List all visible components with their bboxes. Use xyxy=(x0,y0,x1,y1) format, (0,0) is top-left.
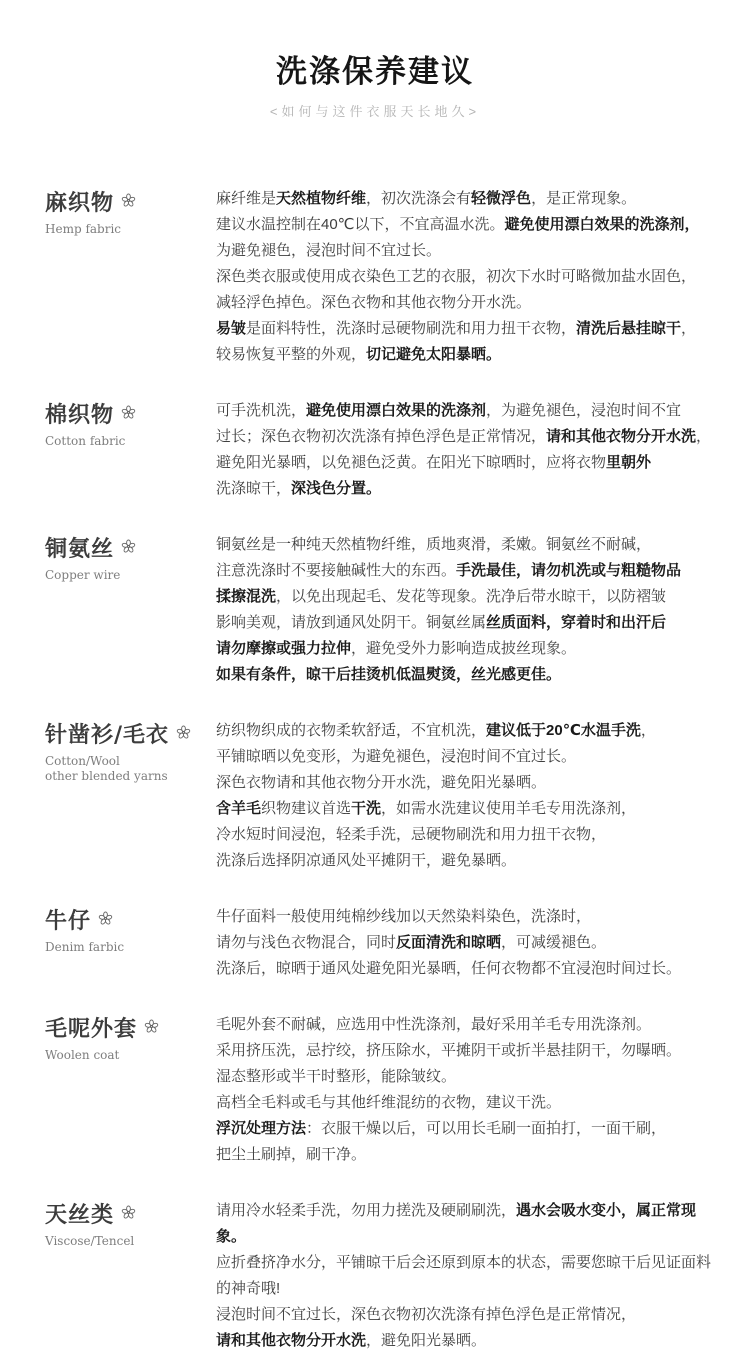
section-title: 针凿衫/毛衣 xyxy=(45,718,169,749)
text-line: 深色衣物请和其他衣物分开水洗，避免阳光暴晒。 xyxy=(216,770,722,796)
text-line: 注意洗涤时不要接触碱性大的东西。手洗最佳，请勿机洗或与粗糙物品 xyxy=(216,558,722,584)
text-line: 毛呢外套不耐碱，应选用中性洗涤剂，最好采用羊毛专用洗涤剂。 xyxy=(216,1012,722,1038)
section-subtitle-line: Viscose/Tencel xyxy=(45,1234,172,1249)
bold-text: 轻微浮色 xyxy=(471,190,531,207)
care-section: 毛呢外套Woolen coat毛呢外套不耐碱，应选用中性洗涤剂，最好采用羊毛专用… xyxy=(0,1012,750,1168)
care-sections: 麻织物Hemp fabric麻纤维是天然植物纤维，初次洗涤会有轻微浮色，是正常现… xyxy=(0,186,750,1354)
text-line: 深色类衣服或使用成衣染色工艺的衣服，初次下水时可略微加盐水固色， xyxy=(216,264,722,290)
text-line: 铜氨丝是一种纯天然植物纤维，质地爽滑，柔嫩。铜氨丝不耐碱， xyxy=(216,532,722,558)
section-title: 铜氨丝 xyxy=(45,532,114,563)
bold-text: 丝质面料，穿着时和出汗后 xyxy=(486,614,666,631)
text: 减轻浮色掉色。深色衣物和其他衣物分开水洗。 xyxy=(216,294,531,311)
section-heading: 棉织物Cotton fabric xyxy=(0,398,172,502)
text: 纺织物织成的衣物柔软舒适，不宜机洗， xyxy=(216,722,486,739)
section-subtitle: Cotton fabric xyxy=(45,434,172,449)
flower-icon xyxy=(121,193,136,213)
section-title: 天丝类 xyxy=(45,1198,114,1229)
bold-text: 请勿摩擦或强力拉伸 xyxy=(216,640,351,657)
section-title-row: 牛仔 xyxy=(45,904,172,935)
text-line: 洗涤后选择阴凉通风处平摊阴干，避免暴晒。 xyxy=(216,848,722,874)
section-heading: 毛呢外套Woolen coat xyxy=(0,1012,172,1168)
text-line: 纺织物织成的衣物柔软舒适，不宜机洗，建议低于20℃水温手洗， xyxy=(216,718,722,744)
bold-text: 请和其他衣物分开水洗 xyxy=(546,428,696,445)
text-line: 避免阳光暴晒，以免褪色泛黄。在阳光下晾晒时，应将衣物里朝外 xyxy=(216,450,722,476)
page-title: 洗涤保养建议 xyxy=(0,46,750,91)
care-section: 铜氨丝Copper wire铜氨丝是一种纯天然植物纤维，质地爽滑，柔嫩。铜氨丝不… xyxy=(0,532,750,688)
bold-text: 天然植物纤维 xyxy=(276,190,366,207)
text: ，为避免褪色，浸泡时间不宜 xyxy=(486,402,681,419)
bold-text: 浮沉处理方法 xyxy=(216,1120,306,1137)
text: 把尘土刷掉，刷干净。 xyxy=(216,1146,366,1163)
flower-icon xyxy=(121,1205,136,1225)
text-line: 的神奇哦! xyxy=(216,1276,722,1302)
text: ， xyxy=(696,428,711,445)
text: 高档全毛料或毛与其他纤维混纺的衣物，建议干洗。 xyxy=(216,1094,561,1111)
care-section: 针凿衫/毛衣Cotton/Woolother blended yarns纺织物织… xyxy=(0,718,750,874)
text: 冷水短时间浸泡，轻柔手洗，忌硬物刷洗和用力扭干衣物， xyxy=(216,826,606,843)
text-line: 采用挤压洗，忌拧绞，挤压除水，平摊阴干或折半悬挂阴干，勿曝晒。 xyxy=(216,1038,722,1064)
text: 避免阳光暴晒，以免褪色泛黄。在阳光下晾晒时，应将衣物 xyxy=(216,454,606,471)
bold-text: 易皱 xyxy=(216,320,246,337)
text-line: 冷水短时间浸泡，轻柔手洗，忌硬物刷洗和用力扭干衣物， xyxy=(216,822,722,848)
text-line: 牛仔面料一般使用纯棉纱线加以天然染料染色，洗涤时， xyxy=(216,904,722,930)
section-title-row: 麻织物 xyxy=(45,186,172,217)
text: ，避免受外力影响造成披丝现象。 xyxy=(351,640,576,657)
section-subtitle-line: Copper wire xyxy=(45,568,172,583)
section-body: 铜氨丝是一种纯天然植物纤维，质地爽滑，柔嫩。铜氨丝不耐碱，注意洗涤时不要接触碱性… xyxy=(172,532,750,688)
section-heading: 麻织物Hemp fabric xyxy=(0,186,172,368)
text: 采用挤压洗，忌拧绞，挤压除水，平摊阴干或折半悬挂阴干，勿曝晒。 xyxy=(216,1042,681,1059)
section-title-row: 棉织物 xyxy=(45,398,172,429)
text: 毛呢外套不耐碱，应选用中性洗涤剂，最好采用羊毛专用洗涤剂。 xyxy=(216,1016,651,1033)
text-line: 洗涤晾干，深浅色分置。 xyxy=(216,476,722,502)
text: ， xyxy=(681,320,696,337)
text-line: 应折叠挤净水分，平铺晾干后会还原到原本的状态，需要您晾干后见证面料 xyxy=(216,1250,722,1276)
section-title-row: 铜氨丝 xyxy=(45,532,172,563)
text-line: 平铺晾晒以免变形，为避免褪色，浸泡时间不宜过长。 xyxy=(216,744,722,770)
section-title-row: 针凿衫/毛衣 xyxy=(45,718,172,749)
section-subtitle: Hemp fabric xyxy=(45,222,172,237)
bold-text: 避免使用漂白效果的洗涤剂， xyxy=(505,216,700,233)
text-line: 易皱是面料特性，洗涤时忌硬物刷洗和用力扭干衣物，清洗后悬挂晾干， xyxy=(216,316,722,342)
section-subtitle-line: Hemp fabric xyxy=(45,222,172,237)
bold-text: 含羊毛 xyxy=(216,800,261,817)
text: 影响美观，请放到通风处阴干。铜氨丝属 xyxy=(216,614,486,631)
section-heading: 天丝类Viscose/Tencel xyxy=(0,1198,172,1354)
care-section: 牛仔Denim farbic牛仔面料一般使用纯棉纱线加以天然染料染色，洗涤时，请… xyxy=(0,904,750,982)
text: ，避免阳光暴晒。 xyxy=(366,1332,486,1349)
care-section: 棉织物Cotton fabric可手洗机洗，避免使用漂白效果的洗涤剂，为避免褪色… xyxy=(0,398,750,502)
text-line: 揉擦混洗，以免出现起毛、发花等现象。洗净后带水晾干，以防褶皱 xyxy=(216,584,722,610)
flower-icon xyxy=(121,405,136,425)
text-line: 浮沉处理方法：衣服干燥以后，可以用长毛刷一面拍打，一面干刷， xyxy=(216,1116,722,1142)
text: 是面料特性，洗涤时忌硬物刷洗和用力扭干衣物， xyxy=(246,320,576,337)
text: ， xyxy=(641,722,656,739)
bold-text: 建议低于20℃水温手洗 xyxy=(486,722,641,739)
section-subtitle: Denim farbic xyxy=(45,940,172,955)
section-heading: 针凿衫/毛衣Cotton/Woolother blended yarns xyxy=(0,718,172,874)
section-body: 可手洗机洗，避免使用漂白效果的洗涤剂，为避免褪色，浸泡时间不宜过长；深色衣物初次… xyxy=(172,398,750,502)
text: 深色类衣服或使用成衣染色工艺的衣服，初次下水时可略微加盐水固色， xyxy=(216,268,696,285)
section-body: 牛仔面料一般使用纯棉纱线加以天然染料染色，洗涤时，请勿与浅色衣物混合，同时反面清… xyxy=(172,904,750,982)
text: ：衣服干燥以后，可以用长毛刷一面拍打，一面干刷， xyxy=(306,1120,666,1137)
text-line: 影响美观，请放到通风处阴干。铜氨丝属丝质面料，穿着时和出汗后 xyxy=(216,610,722,636)
text: 深色衣物请和其他衣物分开水洗，避免阳光暴晒。 xyxy=(216,774,546,791)
section-title-row: 毛呢外套 xyxy=(45,1012,172,1043)
section-subtitle: Copper wire xyxy=(45,568,172,583)
flower-icon xyxy=(121,539,136,559)
page-subtitle: <如何与这件衣服天长地久> xyxy=(0,101,750,120)
text: ，以免出现起毛、发花等现象。洗净后带水晾干，以防褶皱 xyxy=(276,588,666,605)
care-section: 天丝类Viscose/Tencel请用冷水轻柔手洗，勿用力搓洗及硬刷刷洗，遇水会… xyxy=(0,1198,750,1354)
section-subtitle-line: Denim farbic xyxy=(45,940,172,955)
text-line: 可手洗机洗，避免使用漂白效果的洗涤剂，为避免褪色，浸泡时间不宜 xyxy=(216,398,722,424)
section-body: 纺织物织成的衣物柔软舒适，不宜机洗，建议低于20℃水温手洗，平铺晾晒以免变形，为… xyxy=(172,718,750,874)
section-title: 牛仔 xyxy=(45,904,91,935)
section-title-row: 天丝类 xyxy=(45,1198,172,1229)
page-header: 洗涤保养建议 <如何与这件衣服天长地久> xyxy=(0,46,750,120)
section-subtitle-line: Woolen coat xyxy=(45,1048,172,1063)
bold-text: 里朝外 xyxy=(606,454,651,471)
section-subtitle-line: other blended yarns xyxy=(45,769,172,784)
flower-icon xyxy=(144,1019,159,1039)
section-body: 毛呢外套不耐碱，应选用中性洗涤剂，最好采用羊毛专用洗涤剂。采用挤压洗，忌拧绞，挤… xyxy=(172,1012,750,1168)
text: 请用冷水轻柔手洗，勿用力搓洗及硬刷刷洗， xyxy=(216,1202,516,1219)
bold-text: 手洗最佳，请勿机洗或与粗糙物品 xyxy=(456,562,681,579)
text: 过长；深色衣物初次洗涤有掉色浮色是正常情况， xyxy=(216,428,546,445)
section-body: 麻纤维是天然植物纤维，初次洗涤会有轻微浮色，是正常现象。建议水温控制在40℃以下… xyxy=(172,186,750,368)
text: ，可减缓褪色。 xyxy=(501,934,606,951)
text: 织物建议首选 xyxy=(261,800,351,817)
section-title: 毛呢外套 xyxy=(45,1012,137,1043)
text: 应折叠挤净水分，平铺晾干后会还原到原本的状态，需要您晾干后见证面料 xyxy=(216,1254,711,1271)
text: 可手洗机洗， xyxy=(216,402,306,419)
text-line: 较易恢复平整的外观，切记避免太阳暴晒。 xyxy=(216,342,722,368)
text: 牛仔面料一般使用纯棉纱线加以天然染料染色，洗涤时， xyxy=(216,908,591,925)
bold-text: 切记避免太阳暴晒。 xyxy=(366,346,501,363)
section-subtitle: Woolen coat xyxy=(45,1048,172,1063)
text-line: 为避免褪色，浸泡时间不宜过长。 xyxy=(216,238,722,264)
section-subtitle: Cotton/Woolother blended yarns xyxy=(45,754,172,784)
text: ，如需水洗建议使用羊毛专用洗涤剂， xyxy=(381,800,636,817)
bold-text: 揉擦混洗 xyxy=(216,588,276,605)
text: 浸泡时间不宜过长，深色衣物初次洗涤有掉色浮色是正常情况， xyxy=(216,1306,636,1323)
text-line: 麻纤维是天然植物纤维，初次洗涤会有轻微浮色，是正常现象。 xyxy=(216,186,722,212)
section-title: 麻织物 xyxy=(45,186,114,217)
text-line: 浸泡时间不宜过长，深色衣物初次洗涤有掉色浮色是正常情况， xyxy=(216,1302,722,1328)
bold-text: 避免使用漂白效果的洗涤剂 xyxy=(306,402,486,419)
text: 平铺晾晒以免变形，为避免褪色，浸泡时间不宜过长。 xyxy=(216,748,576,765)
bold-text: 如果有条件，晾干后挂烫机低温熨烫，丝光感更佳。 xyxy=(216,666,561,683)
care-guide-page: 洗涤保养建议 <如何与这件衣服天长地久> 麻织物Hemp fabric麻纤维是天… xyxy=(0,0,750,1359)
text: 湿态整形或半干时整形，能除皱纹。 xyxy=(216,1068,456,1085)
text-line: 把尘土刷掉，刷干净。 xyxy=(216,1142,722,1168)
text-line: 如果有条件，晾干后挂烫机低温熨烫，丝光感更佳。 xyxy=(216,662,722,688)
bold-text: 请和其他衣物分开水洗 xyxy=(216,1332,366,1349)
text-line: 湿态整形或半干时整形，能除皱纹。 xyxy=(216,1064,722,1090)
section-heading: 铜氨丝Copper wire xyxy=(0,532,172,688)
text: ，初次洗涤会有 xyxy=(366,190,471,207)
section-subtitle: Viscose/Tencel xyxy=(45,1234,172,1249)
flower-icon xyxy=(98,911,113,931)
text-line: 请勿摩擦或强力拉伸，避免受外力影响造成披丝现象。 xyxy=(216,636,722,662)
section-body: 请用冷水轻柔手洗，勿用力搓洗及硬刷刷洗，遇水会吸水变小，属正常现象。应折叠挤净水… xyxy=(172,1198,750,1354)
text: 的神奇哦! xyxy=(216,1280,280,1297)
bold-text: 干洗 xyxy=(351,800,381,817)
text-line: 过长；深色衣物初次洗涤有掉色浮色是正常情况，请和其他衣物分开水洗， xyxy=(216,424,722,450)
bold-text: 深浅色分置。 xyxy=(291,480,381,497)
text: 铜氨丝是一种纯天然植物纤维，质地爽滑，柔嫩。铜氨丝不耐碱， xyxy=(216,536,651,553)
text-line: 高档全毛料或毛与其他纤维混纺的衣物，建议干洗。 xyxy=(216,1090,722,1116)
text-line: 建议水温控制在40℃以下，不宜高温水洗。避免使用漂白效果的洗涤剂， xyxy=(216,212,722,238)
text: 为避免褪色，浸泡时间不宜过长。 xyxy=(216,242,441,259)
text: 洗涤后，晾晒于通风处避免阳光暴晒，任何衣物都不宜浸泡时间过长。 xyxy=(216,960,681,977)
text-line: 洗涤后，晾晒于通风处避免阳光暴晒，任何衣物都不宜浸泡时间过长。 xyxy=(216,956,722,982)
text: 洗涤晾干， xyxy=(216,480,291,497)
text-line: 请和其他衣物分开水洗，避免阳光暴晒。 xyxy=(216,1328,722,1354)
text: 请勿与浅色衣物混合，同时 xyxy=(216,934,396,951)
text: ，是正常现象。 xyxy=(531,190,636,207)
section-subtitle-line: Cotton fabric xyxy=(45,434,172,449)
text-line: 减轻浮色掉色。深色衣物和其他衣物分开水洗。 xyxy=(216,290,722,316)
text: 麻纤维是 xyxy=(216,190,276,207)
text-line: 请用冷水轻柔手洗，勿用力搓洗及硬刷刷洗，遇水会吸水变小，属正常现象。 xyxy=(216,1198,722,1250)
bold-text: 反面清洗和晾晒 xyxy=(396,934,501,951)
care-section: 麻织物Hemp fabric麻纤维是天然植物纤维，初次洗涤会有轻微浮色，是正常现… xyxy=(0,186,750,368)
text-line: 请勿与浅色衣物混合，同时反面清洗和晾晒，可减缓褪色。 xyxy=(216,930,722,956)
text: 洗涤后选择阴凉通风处平摊阴干，避免暴晒。 xyxy=(216,852,516,869)
text-line: 含羊毛织物建议首选干洗，如需水洗建议使用羊毛专用洗涤剂， xyxy=(216,796,722,822)
bold-text: 清洗后悬挂晾干 xyxy=(576,320,681,337)
text: 注意洗涤时不要接触碱性大的东西。 xyxy=(216,562,456,579)
section-heading: 牛仔Denim farbic xyxy=(0,904,172,982)
text: 建议水温控制在40℃以下，不宜高温水洗。 xyxy=(216,216,505,233)
section-subtitle-line: Cotton/Wool xyxy=(45,754,172,769)
section-title: 棉织物 xyxy=(45,398,114,429)
text: 较易恢复平整的外观， xyxy=(216,346,366,363)
